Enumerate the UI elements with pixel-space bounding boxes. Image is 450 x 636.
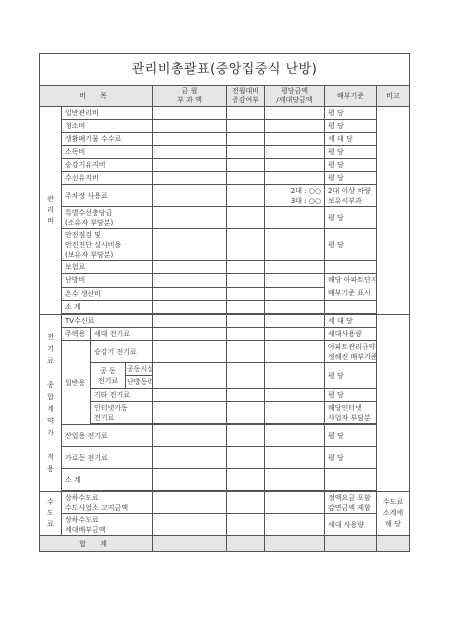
change-cell[interactable] <box>227 120 265 133</box>
amount-cell[interactable] <box>153 389 227 402</box>
item-insurance: 보험료 <box>62 261 153 274</box>
table-row: 가로등 전기료 평 당 <box>40 447 410 469</box>
table-row: 소독비 평 당 <box>40 146 410 159</box>
item-household-electricity: 세대 전기료 <box>91 328 153 341</box>
table-row: 난방비 해당 아파트단지배부기준 표시 <box>40 274 410 288</box>
item-special-repair-reserve: 특별수선충당금(소유자 부담분) <box>62 207 153 229</box>
remarks-cell[interactable] <box>377 315 410 492</box>
table-row: 승강기유지비 평 당 <box>40 159 410 172</box>
amount-cell[interactable] <box>153 363 227 389</box>
unit-cell[interactable] <box>265 120 325 133</box>
table-row: 공 동전기료 공동시설 평 당 <box>40 363 410 376</box>
basis-cell: 평 당 <box>325 159 377 172</box>
change-cell[interactable] <box>227 315 265 328</box>
basis-cell: 평 당 <box>325 363 377 389</box>
table-row: 일반용 승강기 전기료 아파트관리규약상정해진 배부기준 표시 <box>40 341 410 363</box>
amount-cell[interactable] <box>153 229 227 261</box>
basis-cell: 평 당 <box>325 172 377 185</box>
unit-cell[interactable] <box>265 315 325 328</box>
basis-cell <box>325 261 377 274</box>
table-row: 인터넷가동전기료 해당인터넷사업자 부담분 <box>40 402 410 424</box>
amount-cell[interactable] <box>153 328 227 341</box>
header-row: 비 목 금 월부 과 액 전월대비증감여부 평당금액/세대당금액 배부기준 비고 <box>40 86 410 107</box>
unit-cell[interactable] <box>265 159 325 172</box>
item-disinfection: 소독비 <box>62 146 153 159</box>
basis-cell: 세대 사용량 <box>325 514 377 536</box>
amount-cell[interactable] <box>153 107 227 120</box>
basis-cell: 평 당 <box>325 447 377 469</box>
basis-cell: 세대사용량 <box>325 328 377 341</box>
unit-cell[interactable]: 2대 : ○○3대 : ○○ <box>265 185 325 207</box>
amount-cell[interactable] <box>153 120 227 133</box>
item-streetlight-electricity: 가로등 전기료 <box>62 447 153 469</box>
unit-cell[interactable] <box>265 261 325 274</box>
change-cell[interactable] <box>227 301 265 314</box>
water-remarks: 수도료소계에해 당 <box>377 492 410 536</box>
total-remarks-cell[interactable] <box>377 536 410 552</box>
header-amount: 금 월부 과 액 <box>153 86 227 107</box>
change-cell[interactable] <box>227 328 265 341</box>
change-cell[interactable] <box>227 341 265 363</box>
management-fee-summary-form: 관리비총괄표(중앙집중식 난방) 비 목 금 월부 과 액 전월대비증감여부 평… <box>39 53 409 552</box>
unit-cell[interactable] <box>265 207 325 229</box>
change-cell[interactable] <box>227 107 265 120</box>
table-row: 산업용 전기료 평 당 <box>40 425 410 447</box>
change-cell[interactable] <box>227 229 265 261</box>
amount-cell[interactable] <box>153 261 227 274</box>
table-row: 전 기 료 종 합 계 약 가 적 용 TV수신료 세 대 당 <box>40 315 410 328</box>
subtotal-row: 소 계 <box>40 301 410 314</box>
subtotal-row: 소 계 <box>40 469 410 491</box>
table-row: 기타 전기료 평 당 <box>40 389 410 402</box>
table-row: 청소비 평 당 <box>40 120 410 133</box>
common-electricity-label: 공 동전기료 <box>91 363 126 389</box>
basis-cell <box>325 469 377 491</box>
amount-cell[interactable] <box>153 274 227 288</box>
basis-cell: 평 당 <box>325 107 377 120</box>
basis-cell: 평 당 <box>325 120 377 133</box>
basis-cell: 아파트관리규약상정해진 배부기준 표시 <box>325 341 377 363</box>
amount-cell[interactable] <box>153 146 227 159</box>
change-cell[interactable] <box>227 172 265 185</box>
change-cell[interactable] <box>227 447 265 469</box>
total-basis-cell <box>325 536 377 552</box>
change-cell[interactable] <box>227 492 265 514</box>
unit-cell[interactable] <box>265 328 325 341</box>
amount-cell[interactable] <box>153 207 227 229</box>
basis-cell: 정액요금 포함감면금액 제함 <box>325 492 377 514</box>
change-cell[interactable] <box>227 133 265 146</box>
item-safety-inspection: 안전점검 및안전진단 실시비용(보유자 부담분) <box>62 229 153 261</box>
item-industrial-electricity: 산업용 전기료 <box>62 425 153 447</box>
amount-cell[interactable] <box>153 133 227 146</box>
item-water-household: 상하수도료세대배부금액 <box>62 514 153 536</box>
unit-cell[interactable] <box>265 469 325 491</box>
header-unit-amount: 평당금액/세대당금액 <box>265 86 325 107</box>
unit-cell[interactable] <box>265 402 325 424</box>
total-change-cell[interactable] <box>227 536 265 552</box>
basis-cell: 세 대 당 <box>325 133 377 146</box>
amount-cell[interactable] <box>153 469 227 491</box>
total-label: 합 계 <box>40 536 153 552</box>
change-cell[interactable] <box>227 363 265 389</box>
table-row: 보험료 <box>40 261 410 274</box>
amount-cell[interactable] <box>153 514 227 536</box>
basis-cell: 평 당 <box>325 146 377 159</box>
unit-cell[interactable] <box>265 447 325 469</box>
unit-cell[interactable] <box>265 172 325 185</box>
header-remarks: 비고 <box>377 86 410 107</box>
unit-cell[interactable] <box>265 229 325 261</box>
subtotal-label: 소 계 <box>62 469 153 491</box>
change-cell[interactable] <box>227 389 265 402</box>
table-row: 상하수도료세대배부금액 세대 사용량 <box>40 514 410 536</box>
item-repair-maintenance: 수선유지비 <box>62 172 153 185</box>
amount-cell[interactable] <box>153 315 227 328</box>
change-cell[interactable] <box>227 469 265 491</box>
table-row: 주차장 사용료 2대 : ○○3대 : ○○ 2대 이상 차량보유시부과 <box>40 185 410 207</box>
basis-cell: 평 당 <box>325 207 377 229</box>
unit-cell[interactable] <box>265 287 325 301</box>
change-cell[interactable] <box>227 402 265 424</box>
unit-cell[interactable] <box>265 492 325 514</box>
unit-cell[interactable] <box>265 107 325 120</box>
item-general-management: 일반관리비 <box>62 107 153 120</box>
item-cleaning: 청소비 <box>62 120 153 133</box>
change-cell[interactable] <box>227 185 265 207</box>
item-hot-water: 온수 생산비 <box>62 287 153 301</box>
table-row: 주택용 세대 전기료 세대사용량 <box>40 328 410 341</box>
item-waste-fee: 생활폐기물 수수료 <box>62 133 153 146</box>
change-cell[interactable] <box>227 261 265 274</box>
item-heating: 난방비 <box>62 274 153 288</box>
change-cell[interactable] <box>227 207 265 229</box>
amount-cell[interactable] <box>153 301 227 314</box>
unit-cell[interactable] <box>265 274 325 288</box>
item-internet-electricity: 인터넷가동전기료 <box>91 402 153 424</box>
unit-cell[interactable] <box>265 514 325 536</box>
basis-cell: 해당인터넷사업자 부담분 <box>325 402 377 424</box>
basis-cell <box>325 301 377 314</box>
amount-cell[interactable] <box>153 402 227 424</box>
summary-table: 관리비총괄표(중앙집중식 난방) 비 목 금 월부 과 액 전월대비증감여부 평… <box>39 53 410 552</box>
unit-cell[interactable] <box>265 146 325 159</box>
item-tv-fee: TV수신료 <box>62 315 153 328</box>
item-parking-fee: 주차장 사용료 <box>62 185 153 207</box>
table-row: 수 도 료 상하수도료수도사업소 고지금액 정액요금 포함감면금액 제함 수도료… <box>40 492 410 514</box>
item-water-billed: 상하수도료수도사업소 고지금액 <box>62 492 153 514</box>
general-use-label: 일반용 <box>62 341 91 425</box>
change-cell[interactable] <box>227 274 265 288</box>
header-basis: 배부기준 <box>325 86 377 107</box>
change-cell[interactable] <box>227 425 265 447</box>
basis-cell: 2대 이상 차량보유시부과 <box>325 185 377 207</box>
item-heating-power: 난방동력 <box>126 376 153 389</box>
remarks-cell[interactable] <box>377 107 410 315</box>
table-row: 수선유지비 평 당 <box>40 172 410 185</box>
amount-cell[interactable] <box>153 185 227 207</box>
item-elevator-maintenance: 승강기유지비 <box>62 159 153 172</box>
item-other-electricity: 기타 전기료 <box>91 389 153 402</box>
change-cell[interactable] <box>227 146 265 159</box>
basis-cell: 평 당 <box>325 425 377 447</box>
header-item: 비 목 <box>40 86 153 107</box>
total-row: 합 계 <box>40 536 410 552</box>
amount-cell[interactable] <box>153 172 227 185</box>
change-cell[interactable] <box>227 287 265 301</box>
unit-cell[interactable] <box>265 133 325 146</box>
table-row: 특별수선충당금(소유자 부담분) 평 당 <box>40 207 410 229</box>
table-row: 생활폐기물 수수료 세 대 당 <box>40 133 410 146</box>
unit-cell[interactable] <box>265 363 325 389</box>
total-amount-cell[interactable] <box>153 536 227 552</box>
amount-cell[interactable] <box>153 492 227 514</box>
unit-cell[interactable] <box>265 425 325 447</box>
unit-cell[interactable] <box>265 389 325 402</box>
header-change: 전월대비증감여부 <box>227 86 265 107</box>
change-cell[interactable] <box>227 159 265 172</box>
change-cell[interactable] <box>227 514 265 536</box>
total-unit-cell[interactable] <box>265 536 325 552</box>
subtotal-label: 소 계 <box>62 301 153 314</box>
section-label-water: 수 도 료 <box>40 492 62 536</box>
amount-cell[interactable] <box>153 425 227 447</box>
item-common-facility: 공동시설 <box>126 363 153 376</box>
table-row: 관 리 비 일반관리비 평 당 <box>40 107 410 120</box>
residential-label: 주택용 <box>62 328 91 341</box>
page-title: 관리비총괄표(중앙집중식 난방) <box>40 54 410 86</box>
section-label-electricity: 전 기 료 종 합 계 약 가 적 용 <box>40 315 62 492</box>
amount-cell[interactable] <box>153 341 227 363</box>
basis-cell: 해당 아파트단지배부기준 표시 <box>325 274 377 301</box>
section-label-management: 관 리 비 <box>40 107 62 315</box>
basis-cell: 평 당 <box>325 389 377 402</box>
amount-cell[interactable] <box>153 447 227 469</box>
item-elevator-electricity: 승강기 전기료 <box>91 341 153 363</box>
unit-cell[interactable] <box>265 341 325 363</box>
basis-cell: 평 당 <box>325 229 377 261</box>
table-row: 안전점검 및안전진단 실시비용(보유자 부담분) 평 당 <box>40 229 410 261</box>
unit-cell[interactable] <box>265 301 325 314</box>
amount-cell[interactable] <box>153 159 227 172</box>
amount-cell[interactable] <box>153 287 227 301</box>
basis-cell: 세 대 당 <box>325 315 377 328</box>
